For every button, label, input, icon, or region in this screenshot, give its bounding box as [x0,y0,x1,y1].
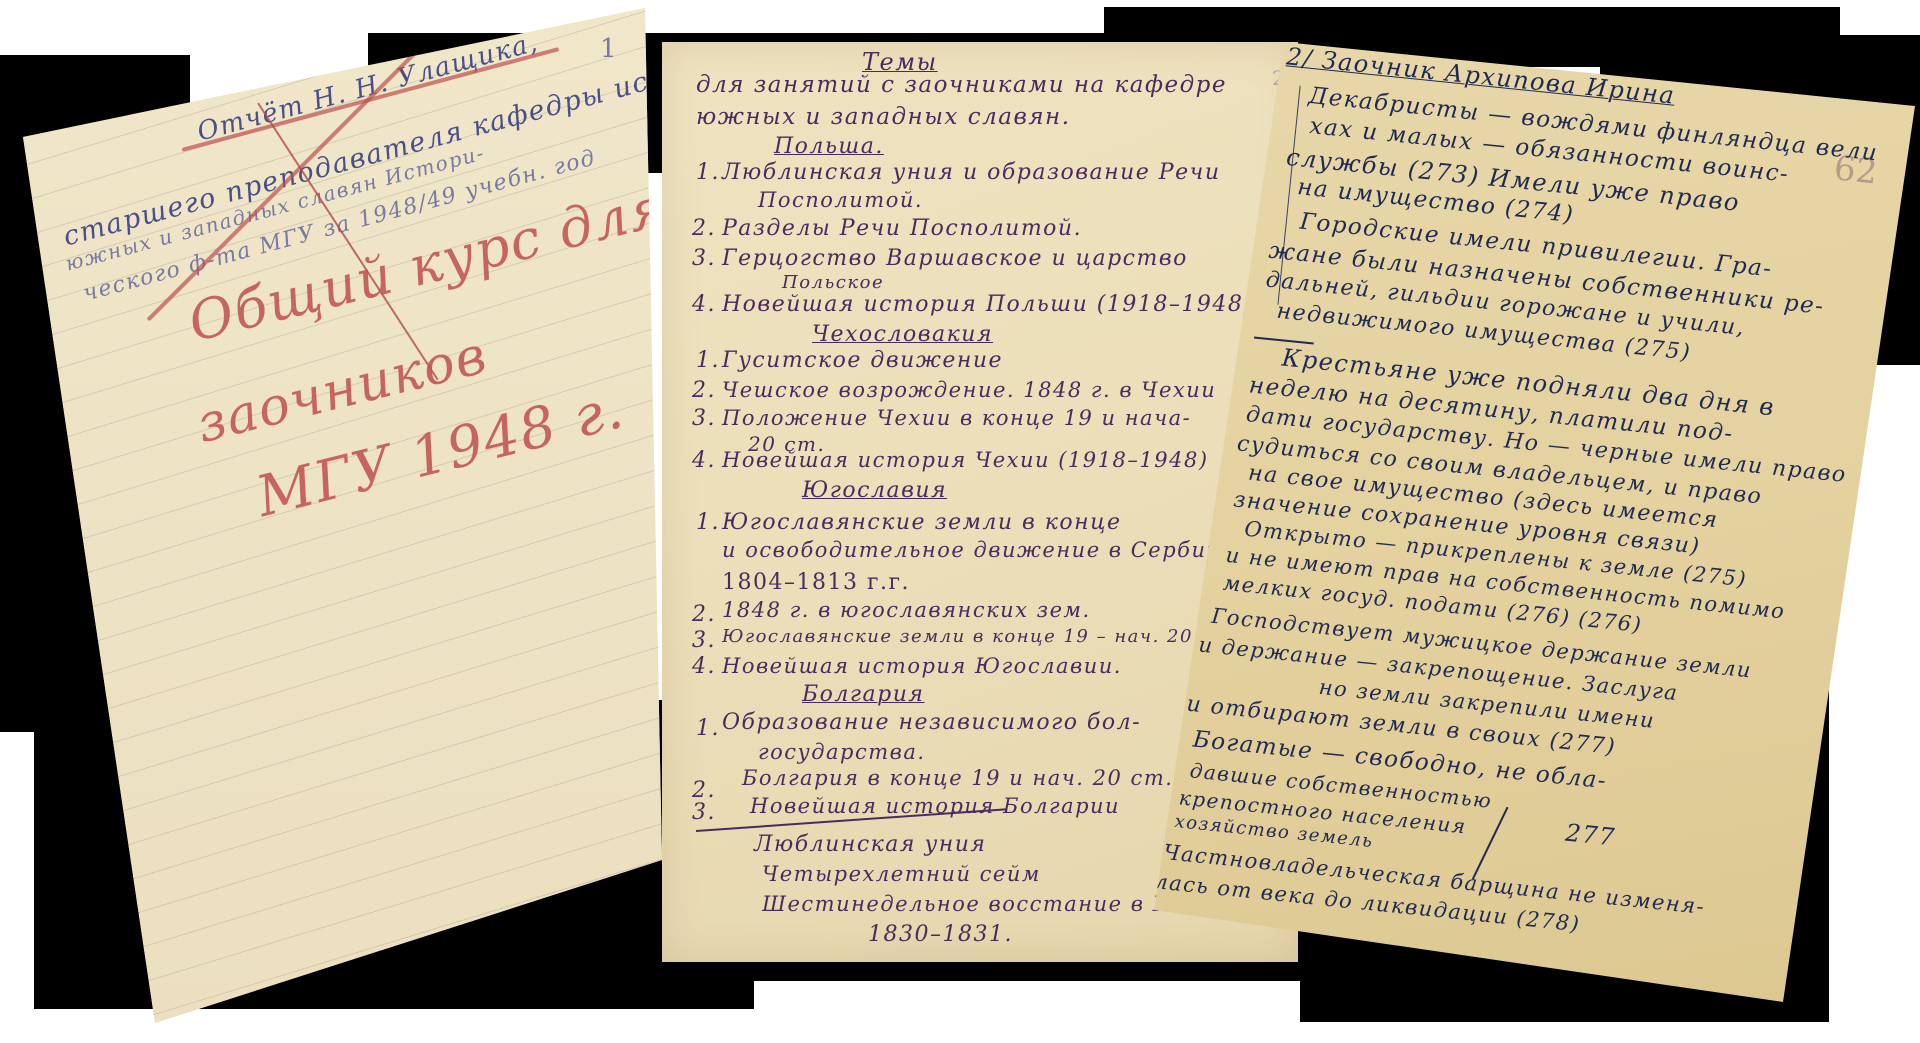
side-ref-277: 277 [1564,819,1617,852]
bulg-item-1-num: 1. [696,716,720,741]
yugo-item-3: Югославянские земли в конце 19 – нач. 20… [722,626,1238,647]
poland-item-2: Разделы Речи Посполитой. [722,216,1082,241]
bulg-item-2: Болгария в конце 19 и нач. 20 ст. [742,766,1173,790]
footer-line2: Четырехлетний сейм [762,862,1041,886]
yugo-item-1c: 1804–1813 г.г. [722,570,910,595]
yugo-item-1: Югославянские земли в конце [722,510,1122,535]
bulg-item-1: Образование независимого бол- [722,710,1141,735]
section-title-yugoslavia: Югославия [802,478,947,503]
czech-item-3-num: 3. [692,406,716,431]
yugo-item-4: Новейшая история Югославии. [722,654,1122,678]
czech-item-3: Положение Чехии в конце 19 и нача- [722,406,1191,430]
footer-line4: 1830–1831. [868,922,1013,947]
bulg-item-1b: государства. [758,740,926,764]
section-title-czechoslovakia: Чехословакия [812,322,993,347]
poland-item-3b: Польское [782,272,884,293]
yugo-item-4-num: 4. [692,654,716,679]
czech-item-2-num: 2. [692,378,716,403]
poland-item-1b: Посполитой. [758,188,923,212]
yugo-item-1b: и освободительное движение в Сербии [722,538,1222,562]
poland-item-2-num: 2. [692,216,716,241]
czech-item-1-num: 1. [696,348,720,373]
poland-item-1: Люблинская уния и образование Речи [722,160,1221,185]
poland-item-4-num: 4. [692,292,716,317]
section-title-poland: Польша. [774,134,884,159]
poland-item-3-num: 3. [692,246,716,271]
poland-item-4: Новейшая история Польши (1918–1948) [722,292,1253,317]
yugo-item-2: 1848 г. в югославянских зем. [722,598,1091,622]
czech-item-1: Гуситское движение [722,348,1003,373]
czech-item-4: Новейшая история Чехии (1918–1948) [722,448,1209,472]
yugo-item-1-num: 1. [696,510,720,535]
subheading-line2: южных и западных славян. [696,104,1071,130]
czech-item-4-num: 4. [692,448,716,473]
yugo-item-3-num: 3. [692,628,716,653]
corner-mark: 1 [600,34,618,64]
yugo-item-2-num: 2. [692,602,716,627]
poland-item-3: Герцогство Варшавское и царство [722,246,1188,271]
poland-item-1-num: 1. [696,160,720,185]
subheading-line1: для занятий с заочниками на кафедре [696,72,1227,98]
bulg-item-3-num: 3. [692,800,716,825]
footer-line1: Люблинская уния [754,832,986,857]
czech-item-2: Чешское возрождение. 1848 г. в Чехии [722,378,1216,402]
bracket-slash [1472,807,1508,880]
section-title-bulgaria: Болгария [802,682,924,707]
